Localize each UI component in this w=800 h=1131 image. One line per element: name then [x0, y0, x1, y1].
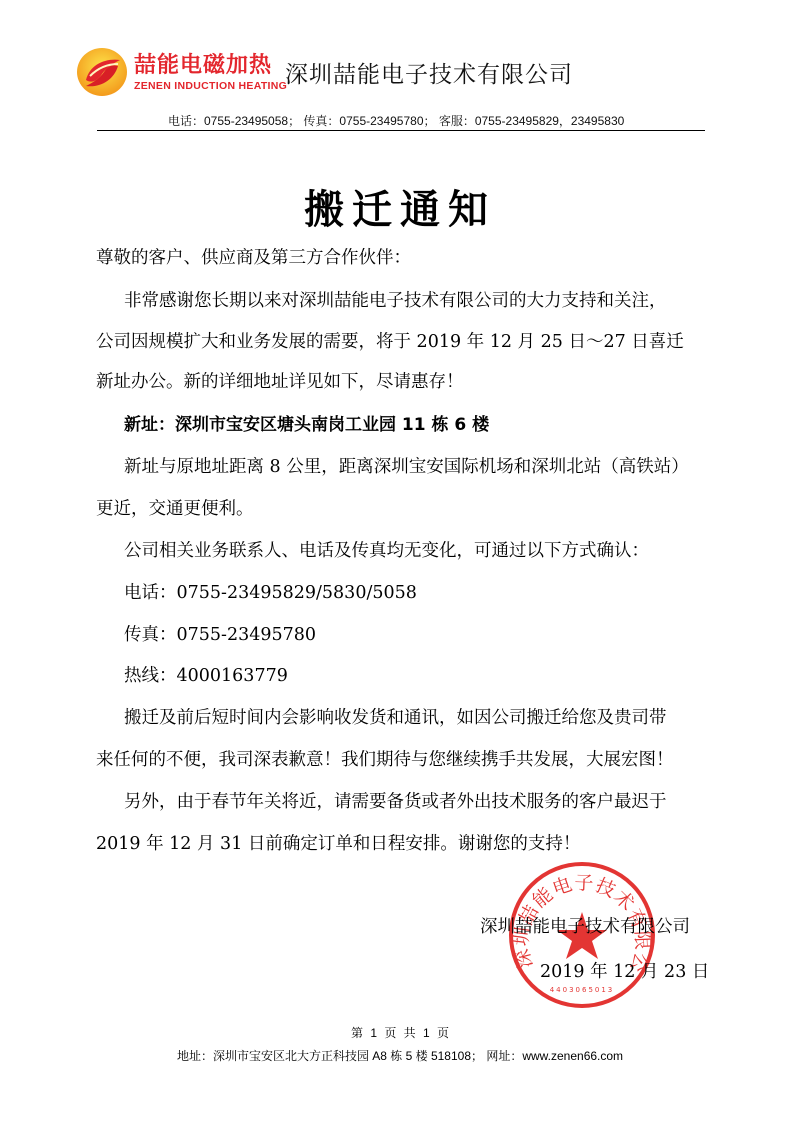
paragraph-2-line-1: 新址与原地址距离 8 公里，距离深圳宝安国际机场和深圳北站（高铁站）: [124, 455, 689, 479]
company-name-header: 深圳喆能电子技术有限公司: [285, 56, 573, 89]
signature-company: 深圳喆能电子技术有限公司: [480, 913, 690, 938]
phone-line: 电话：0755-23495829/5830/5058: [124, 581, 417, 605]
footer-address: 地址：深圳市宝安区北大方正科技园 A8 栋 5 楼 518108； 网址：www…: [0, 1047, 800, 1064]
salutation: 尊敬的客户、供应商及第三方合作伙伴：: [96, 246, 411, 270]
fax-line: 传真：0755-23495780: [124, 623, 316, 647]
svg-text:4403065013: 4403065013: [550, 986, 615, 994]
paragraph-4-line-1: 搬迁及前后短时间内会影响收发货和通讯，如因公司搬迁给您及贵司带: [124, 706, 667, 730]
brand-name-cn: 喆能电磁加热: [134, 48, 272, 79]
paragraph-3: 公司相关业务联系人、电话及传真均无变化，可通过以下方式确认：: [124, 539, 649, 563]
paragraph-1-line-1: 非常感谢您长期以来对深圳喆能电子技术有限公司的大力支持和关注，: [124, 289, 667, 313]
paragraph-1-line-2: 公司因规模扩大和业务发展的需要，将于 2019 年 12 月 25 日～27 日…: [96, 330, 684, 354]
contact-line: 电话：0755-23495058； 传真：0755-23495780； 客服：0…: [168, 112, 624, 129]
hotline-line: 热线：4000163779: [124, 664, 288, 688]
paragraph-1-line-3: 新址办公。新的详细地址详见如下，尽请惠存！: [96, 370, 464, 394]
header-divider: [97, 130, 705, 131]
new-address: 新址：深圳市宝安区塘头南岗工业园 11 栋 6 楼: [124, 413, 489, 437]
brand-name-en: ZENEN INDUCTION HEATING: [134, 80, 287, 92]
paragraph-2-line-2: 更近，交通更便利。: [96, 497, 254, 521]
signature-date: 2019 年 12 月 23 日: [540, 958, 709, 983]
paragraph-4-line-2: 来任何的不便，我司深表歉意！我们期待与您继续携手共发展，大展宏图！: [96, 748, 674, 772]
company-logo-icon: [76, 46, 128, 98]
page-indicator: 第 1 页 共 1 页: [0, 1024, 800, 1041]
paragraph-5-line-1: 另外，由于春节年关将近，请需要备货或者外出技术服务的客户最迟于: [124, 790, 667, 814]
notice-title: 搬迁通知: [0, 178, 800, 235]
paragraph-5-line-2: 2019 年 12 月 31 日前确定订单和日程安排。谢谢您的支持！: [96, 832, 580, 856]
